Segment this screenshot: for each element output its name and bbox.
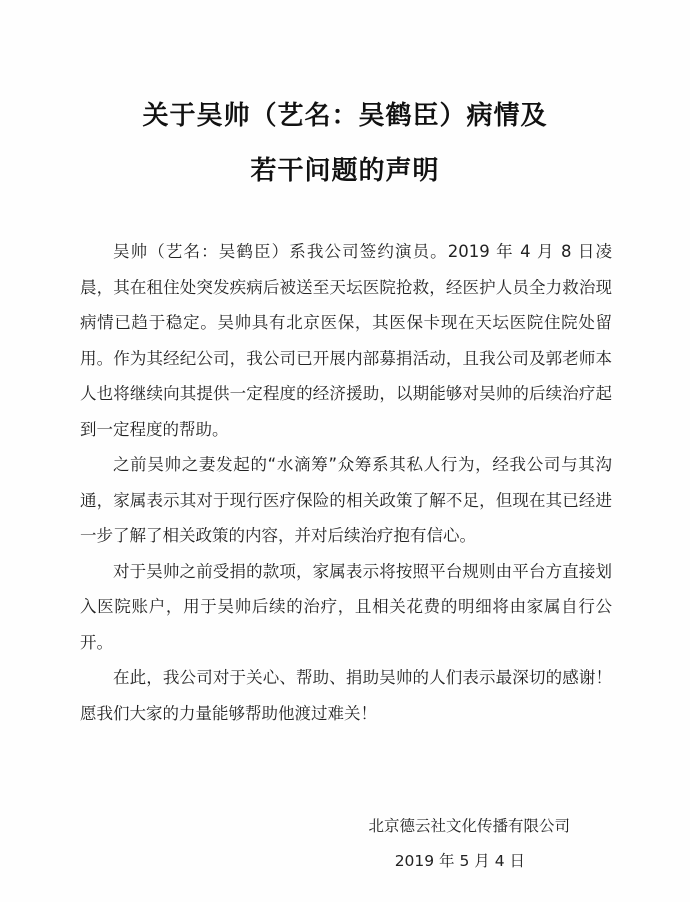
- paragraph-crowdfunding: 之前吴帅之妻发起的“水滴筹”众筹系其私人行为，经我公司与其沟通，家属表示其对于现…: [80, 447, 612, 554]
- paragraph-condition: 吴帅（艺名：吴鹤臣）系我公司签约演员。2019 年 4 月 8 日凌晨，其在租住…: [80, 234, 612, 447]
- paragraph-donations: 对于吴帅之前受捐的款项，家属表示将按照平台规则由平台方直接划入医院账户，用于吴帅…: [80, 554, 612, 661]
- signature-company: 北京德云社文化传播有限公司: [0, 814, 570, 836]
- document-title-line-1: 关于吴帅（艺名：吴鹤臣）病情及: [0, 95, 690, 132]
- document-body: 吴帅（艺名：吴鹤臣）系我公司签约演员。2019 年 4 月 8 日凌晨，其在租住…: [80, 234, 612, 731]
- document-title-line-2: 若干问题的声明: [0, 150, 690, 187]
- statement-document: 关于吴帅（艺名：吴鹤臣）病情及 若干问题的声明 吴帅（艺名：吴鹤臣）系我公司签约…: [0, 0, 690, 902]
- signature-date: 2019 年 5 月 4 日: [0, 849, 525, 871]
- paragraph-thanks: 在此，我公司对于关心、帮助、捐助吴帅的人们表示最深切的感谢！愿我们大家的力量能够…: [80, 660, 612, 731]
